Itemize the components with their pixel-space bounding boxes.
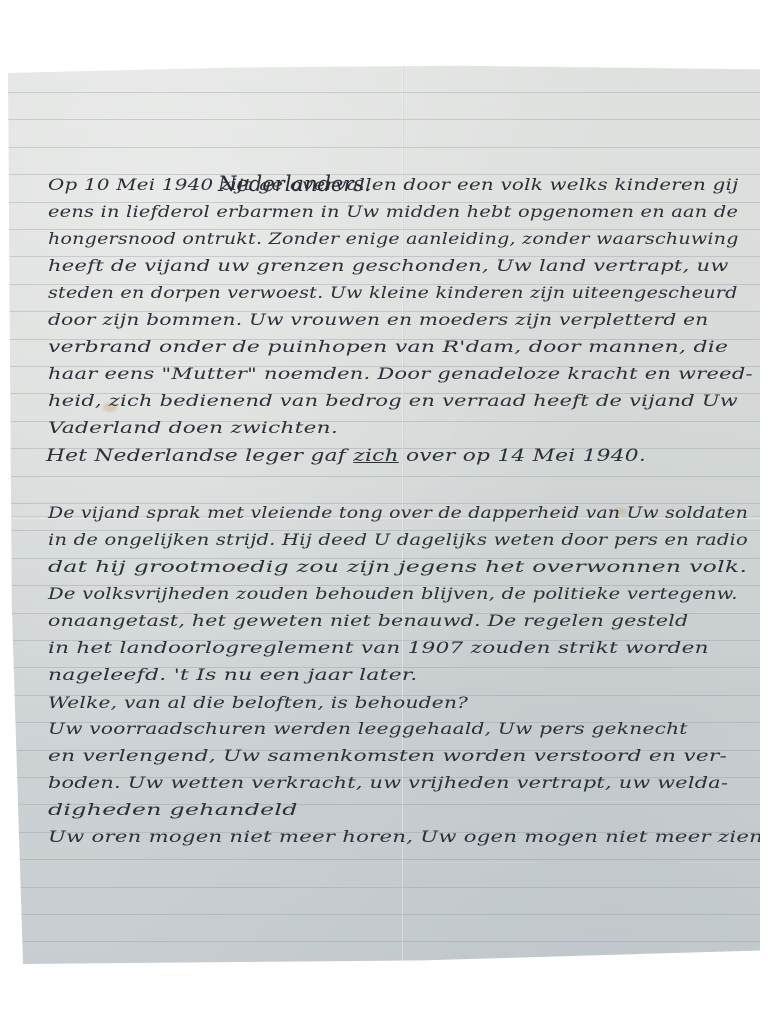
handwritten-line: Het Nederlandse leger gaf zich over op 1… <box>46 446 646 466</box>
handwritten-line: boden. Uw wetten verkracht, uw vrijheden… <box>48 774 728 792</box>
rule-line <box>8 119 760 120</box>
handwritten-line: De vijand sprak met vleiende tong over d… <box>48 504 748 522</box>
handwritten-line: digheden gehandeld <box>48 801 298 819</box>
handwritten-line: hongersnood ontrukt. Zonder enige aanlei… <box>48 230 739 248</box>
letter-page: Nederlanders. Op 10 Mei 1940 zijt ge ove… <box>8 64 760 964</box>
handwritten-line: Vaderland doen zwichten. <box>48 419 338 437</box>
rule-line <box>8 476 760 477</box>
underlined-word: zich <box>353 446 399 466</box>
handwritten-line: Op 10 Mei 1940 zijt ge overvallen door e… <box>48 176 739 194</box>
handwritten-line: haar eens "Mutter" noemden. Door genadel… <box>48 365 753 383</box>
handwritten-line: heeft de vijand uw grenzen geschonden, U… <box>48 257 729 275</box>
handwritten-line: verbrand onder de puinhopen van R'dam, d… <box>48 338 728 356</box>
handwritten-line: heid, zich bedienend van bedrog en verra… <box>48 392 738 410</box>
handwritten-line: Uw voorraadschuren werden leeggehaald, U… <box>48 720 688 738</box>
rule-line <box>8 887 760 888</box>
handwritten-line: dat hij grootmoedig zou zijn jegens het … <box>48 558 747 576</box>
handwritten-line: eens in liefderol erbarmen in Uw midden … <box>48 203 738 221</box>
rule-line <box>8 914 760 915</box>
handwritten-line: en verlengend, Uw samenkomsten worden ve… <box>48 747 727 765</box>
rule-line <box>8 92 760 93</box>
handwritten-line: steden en dorpen verwoest. Uw kleine kin… <box>48 284 738 302</box>
handwritten-line: in de ongelijken strijd. Hij deed U dage… <box>48 531 748 549</box>
handwritten-line: onaangetast, het geweten niet benauwd. D… <box>48 612 688 630</box>
handwritten-line: Welke, van al die beloften, is behouden? <box>48 694 468 712</box>
handwritten-line: nageleefd. 't Is nu een jaar later. <box>48 666 417 684</box>
handwritten-line: in het landoorlogreglement van 1907 zoud… <box>48 639 709 657</box>
rule-line <box>8 147 760 148</box>
rule-line <box>8 859 760 860</box>
handwritten-line: De volksvrijheden zouden behouden blijve… <box>48 585 738 603</box>
handwritten-line: Uw oren mogen niet meer horen, Uw ogen m… <box>48 828 763 846</box>
rule-line <box>8 941 760 942</box>
handwritten-line: door zijn bommen. Uw vrouwen en moeders … <box>48 311 709 329</box>
